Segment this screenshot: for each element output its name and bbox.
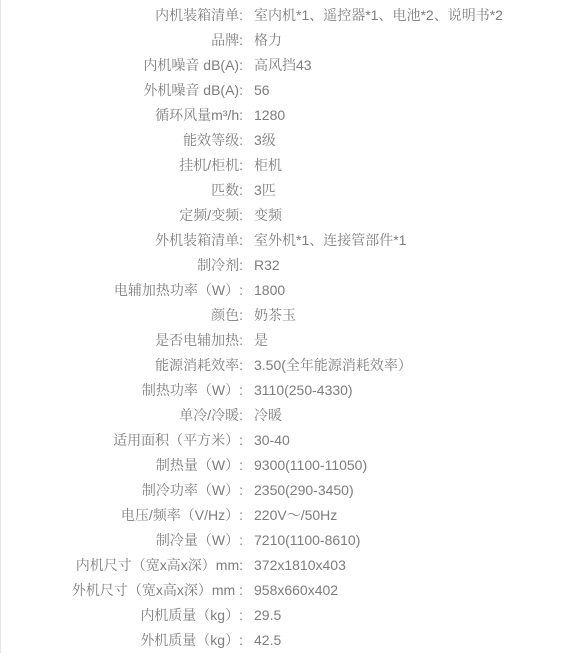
spec-value: 奶茶玉 bbox=[254, 303, 296, 328]
spec-label: 外机尺寸（宽x高x深）mm : bbox=[1, 578, 243, 603]
spec-row: 电压/频率（V/Hz）: 220V～/50Hz bbox=[1, 503, 585, 528]
spec-value: 柜机 bbox=[254, 153, 282, 178]
spec-row: 制冷量（W）: 7210(1100-8610) bbox=[1, 528, 585, 553]
spec-label: 颜色: bbox=[1, 303, 243, 328]
spec-row: 颜色: 奶茶玉 bbox=[1, 303, 585, 328]
spec-label: 制热功率（W）: bbox=[1, 378, 243, 403]
spec-row: 制冷功率（W）: 2350(290-3450) bbox=[1, 478, 585, 503]
product-spec-page: 内机装箱清单: 室内机*1、遥控器*1、电池*2、说明书*2 品牌: 格力 内机… bbox=[0, 0, 585, 656]
spec-row: 匹数: 3匹 bbox=[1, 178, 585, 203]
spec-row: 内机尺寸（宽x高x深）mm: 372x1810x403 bbox=[1, 553, 585, 578]
spec-label: 电压/频率（V/Hz）: bbox=[1, 503, 243, 528]
spec-row: 电辅加热功率（W）: 1800 bbox=[1, 278, 585, 303]
spec-value: 958x660x402 bbox=[254, 578, 338, 603]
spec-label: 能源消耗效率: bbox=[1, 353, 243, 378]
spec-label: 内机尺寸（宽x高x深）mm: bbox=[1, 553, 243, 578]
spec-row: 制热量（W）: 9300(1100-11050) bbox=[1, 453, 585, 478]
spec-table: 内机装箱清单: 室内机*1、遥控器*1、电池*2、说明书*2 品牌: 格力 内机… bbox=[0, 0, 585, 653]
spec-value: 3.50(全年能源消耗效率） bbox=[254, 353, 412, 378]
spec-row: 挂机/柜机: 柜机 bbox=[1, 153, 585, 178]
spec-row: 品牌: 格力 bbox=[1, 28, 585, 53]
spec-label: 品牌: bbox=[1, 28, 243, 53]
spec-value: 1280 bbox=[254, 103, 285, 128]
spec-label: 循环风量m³/h: bbox=[1, 103, 243, 128]
spec-label: 外机装箱清单: bbox=[1, 228, 243, 253]
spec-label: 制冷剂: bbox=[1, 253, 243, 278]
spec-value: 372x1810x403 bbox=[254, 553, 346, 578]
spec-value: 42.5 bbox=[254, 628, 281, 653]
spec-row: 单冷/冷暖: 冷暖 bbox=[1, 403, 585, 428]
spec-row: 内机装箱清单: 室内机*1、遥控器*1、电池*2、说明书*2 bbox=[1, 3, 585, 28]
spec-row: 外机噪音 dB(A): 56 bbox=[1, 78, 585, 103]
spec-label: 适用面积（平方米）: bbox=[1, 428, 243, 453]
spec-label: 制冷量（W）: bbox=[1, 528, 243, 553]
spec-row: 循环风量m³/h: 1280 bbox=[1, 103, 585, 128]
spec-value: 室外机*1、连接管部件*1 bbox=[254, 228, 406, 253]
spec-row: 定频/变频: 变频 bbox=[1, 203, 585, 228]
spec-value: 是 bbox=[254, 328, 268, 353]
spec-label: 内机装箱清单: bbox=[1, 3, 243, 28]
spec-value: 变频 bbox=[254, 203, 282, 228]
spec-row: 制冷剂: R32 bbox=[1, 253, 585, 278]
spec-value: 冷暖 bbox=[254, 403, 282, 428]
spec-label: 外机噪音 dB(A): bbox=[1, 78, 243, 103]
spec-value: 9300(1100-11050) bbox=[254, 453, 367, 478]
spec-label: 外机质量（kg）: bbox=[1, 628, 243, 653]
spec-value: 1800 bbox=[254, 278, 285, 303]
spec-row: 内机噪音 dB(A): 高风挡43 bbox=[1, 53, 585, 78]
spec-value: 室内机*1、遥控器*1、电池*2、说明书*2 bbox=[254, 3, 503, 28]
spec-value: 2350(290-3450) bbox=[254, 478, 354, 503]
spec-value: 30-40 bbox=[254, 428, 290, 453]
spec-label: 制冷功率（W）: bbox=[1, 478, 243, 503]
spec-value: 格力 bbox=[254, 28, 282, 53]
spec-row: 能源消耗效率: 3.50(全年能源消耗效率） bbox=[1, 353, 585, 378]
spec-value: 3级 bbox=[254, 128, 276, 153]
spec-label: 单冷/冷暖: bbox=[1, 403, 243, 428]
spec-label: 内机噪音 dB(A): bbox=[1, 53, 243, 78]
spec-value: 56 bbox=[254, 78, 270, 103]
spec-value: 3110(250-4330) bbox=[254, 378, 353, 403]
spec-label: 内机质量（kg）: bbox=[1, 603, 243, 628]
spec-label: 电辅加热功率（W）: bbox=[1, 278, 243, 303]
spec-row: 是否电辅加热: 是 bbox=[1, 328, 585, 353]
spec-value: 3匹 bbox=[254, 178, 276, 203]
spec-label: 制热量（W）: bbox=[1, 453, 243, 478]
spec-value: 高风挡43 bbox=[254, 53, 312, 78]
spec-label: 定频/变频: bbox=[1, 203, 243, 228]
spec-row: 内机质量（kg）: 29.5 bbox=[1, 603, 585, 628]
spec-label: 能效等级: bbox=[1, 128, 243, 153]
spec-value: 7210(1100-8610) bbox=[254, 528, 360, 553]
spec-row: 外机尺寸（宽x高x深）mm : 958x660x402 bbox=[1, 578, 585, 603]
spec-value: 220V～/50Hz bbox=[254, 503, 337, 528]
spec-label: 是否电辅加热: bbox=[1, 328, 243, 353]
spec-row: 适用面积（平方米）: 30-40 bbox=[1, 428, 585, 453]
spec-row: 制热功率（W）: 3110(250-4330) bbox=[1, 378, 585, 403]
spec-value: 29.5 bbox=[254, 603, 281, 628]
spec-row: 能效等级: 3级 bbox=[1, 128, 585, 153]
spec-row: 外机装箱清单: 室外机*1、连接管部件*1 bbox=[1, 228, 585, 253]
spec-value: R32 bbox=[254, 253, 280, 278]
spec-label: 挂机/柜机: bbox=[1, 153, 243, 178]
spec-label: 匹数: bbox=[1, 178, 243, 203]
spec-row: 外机质量（kg）: 42.5 bbox=[1, 628, 585, 653]
